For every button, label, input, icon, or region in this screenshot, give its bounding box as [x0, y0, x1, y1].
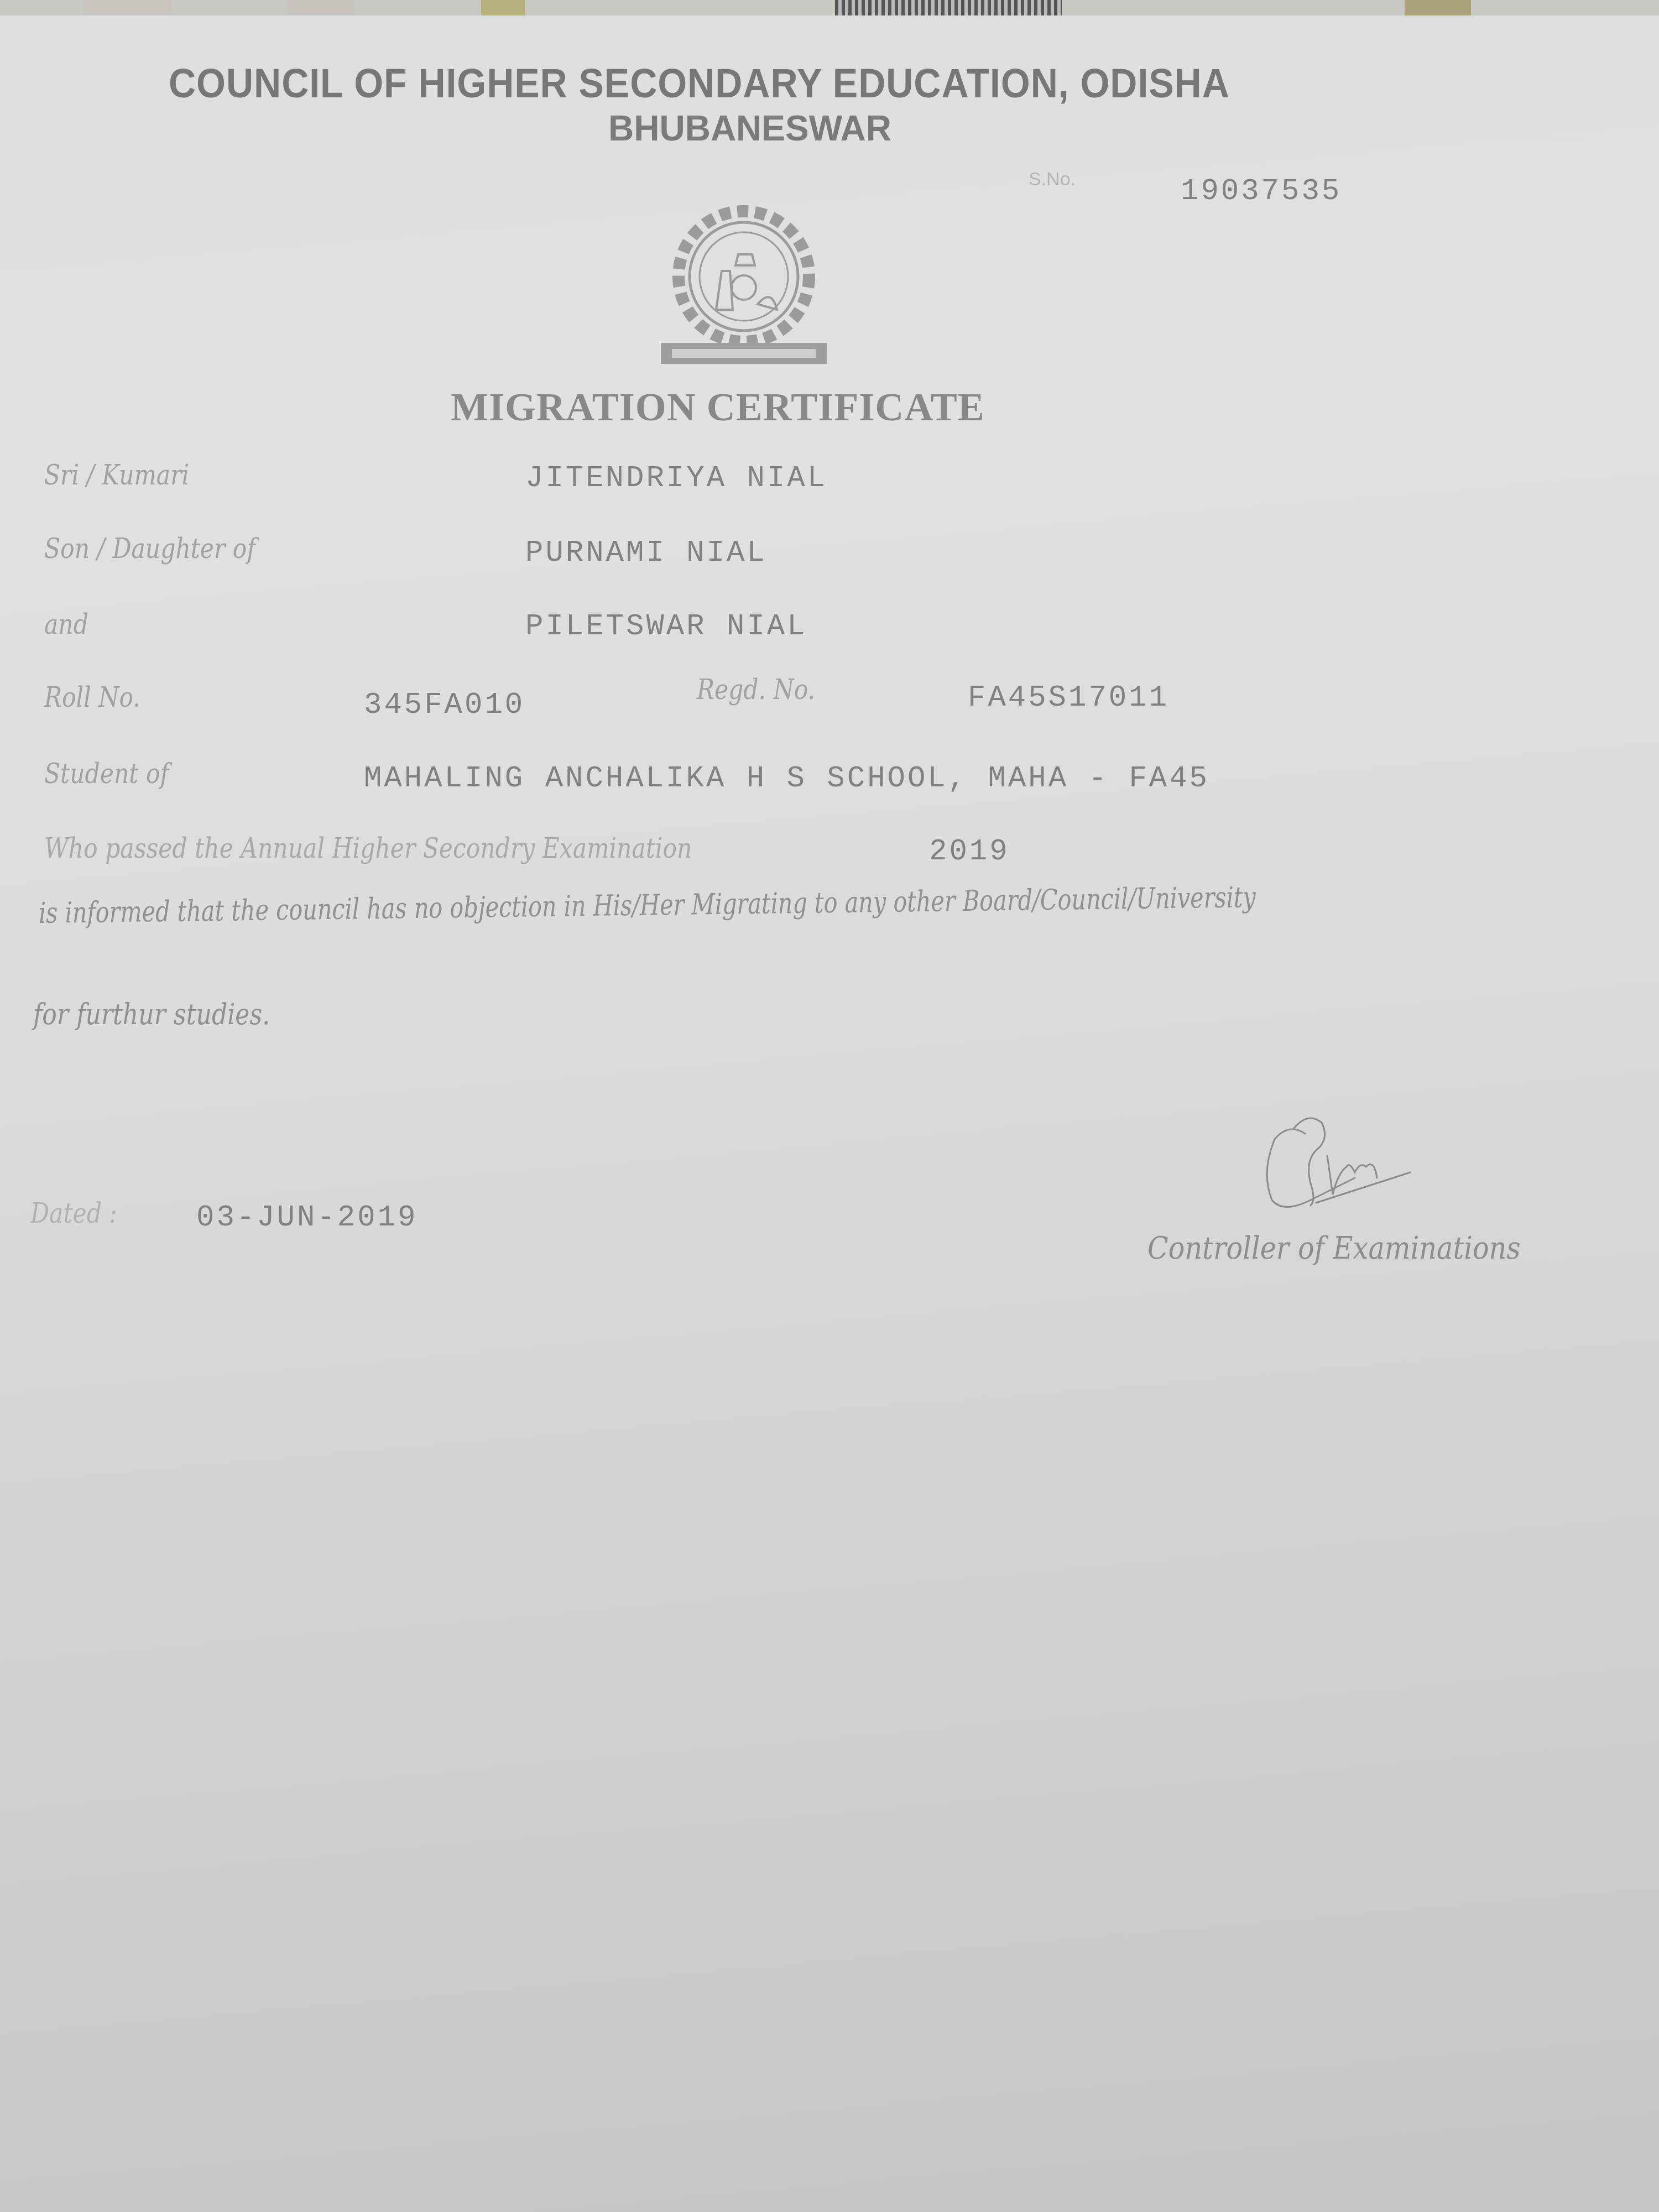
exam-label: Who passed the Annual Higher Secondry Ex… [44, 832, 692, 864]
issuer-name: COUNCIL OF HIGHER SECONDARY EDUCATION, O… [169, 60, 1230, 107]
issue-date: 03-JUN-2019 [196, 1201, 418, 1235]
parent2-name: PILETSWAR NIAL [525, 610, 807, 644]
background-object [288, 0, 354, 15]
issuer-city: BHUBANESWAR [608, 108, 891, 149]
background-surface-strip [0, 0, 1659, 17]
background-object [83, 0, 171, 15]
no-objection-statement-continued: for furthur studies. [33, 998, 270, 1031]
background-object [1405, 0, 1471, 15]
handwritten-signature-icon [1228, 1112, 1460, 1222]
school-label: Student of [44, 758, 169, 790]
background-object [835, 0, 1062, 15]
council-seal-emblem-icon [661, 205, 827, 365]
signatory-title: Controller of Examinations [1147, 1230, 1521, 1266]
roll-number-value: 345FA010 [364, 688, 525, 722]
student-name: JITENDRIYA NIAL [525, 462, 827, 495]
certificate-title: MIGRATION CERTIFICATE [451, 384, 985, 430]
parent1-label: Son / Daughter of [44, 533, 255, 565]
parent1-name: PURNAMI NIAL [525, 536, 767, 570]
serial-number-label: S.No. [1029, 169, 1076, 190]
date-label: Dated : [30, 1197, 117, 1229]
registration-number-value: FA45S17011 [968, 681, 1169, 715]
exam-year: 2019 [929, 835, 1010, 869]
registration-number-label: Regd. No. [697, 674, 815, 706]
name-label: Sri / Kumari [44, 459, 189, 491]
serial-number-value: 19037535 [1181, 175, 1342, 208]
background-object [481, 0, 525, 15]
school-name: MAHALING ANCHALIKA H S SCHOOL, MAHA - FA… [364, 762, 1209, 796]
roll-number-label: Roll No. [44, 681, 140, 713]
parent2-label: and [44, 608, 88, 640]
